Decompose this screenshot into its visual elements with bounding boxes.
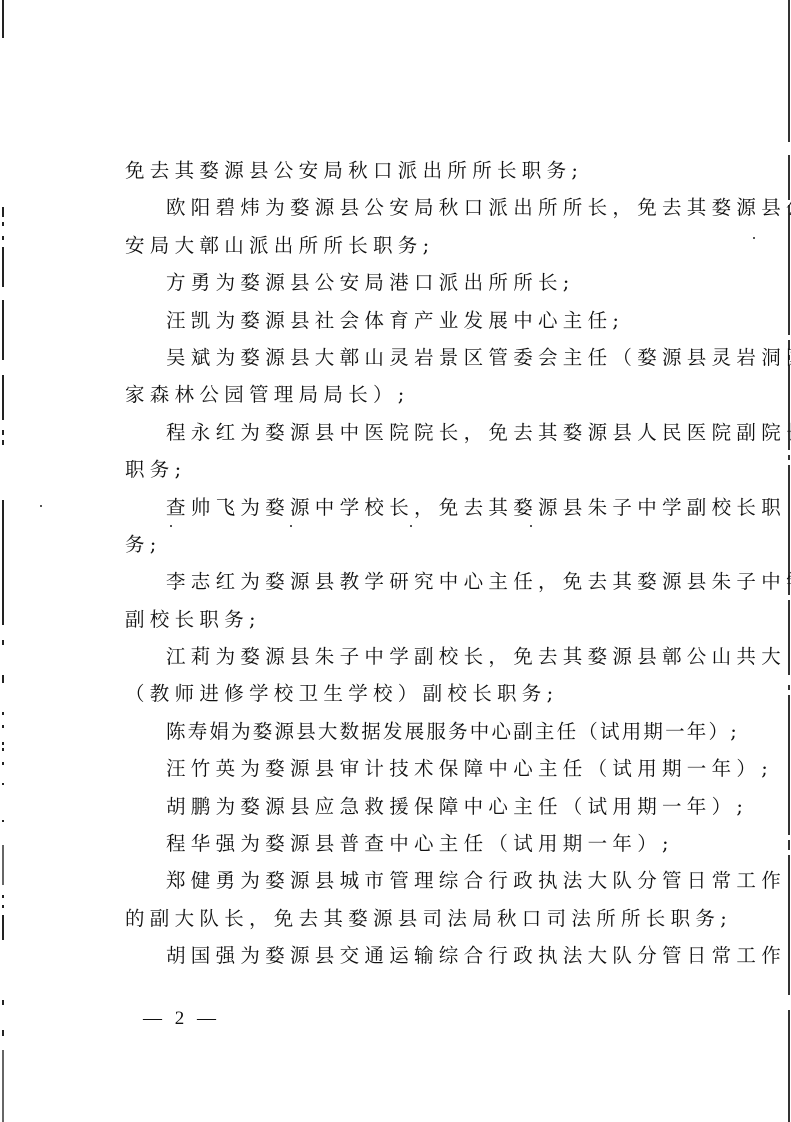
document-page: 免去其婺源县公安局秋口派出所所长职务; 欧阳碧炜为婺源县公安局秋口派出所所长，免… [0, 0, 791, 1122]
document-body: 免去其婺源县公安局秋口派出所所长职务; 欧阳碧炜为婺源县公安局秋口派出所所长，免… [125, 152, 700, 975]
text-line: 陈寿娟为婺源县大数据发展服务中心副主任（试用期一年）; [125, 713, 700, 750]
text-line: 的副大队长，免去其婺源县司法局秋口司法所所长职务; [125, 900, 700, 937]
text-line: 郑健勇为婺源县城市管理综合行政执法大队分管日常工作 [125, 862, 700, 899]
text-line: 胡鹏为婺源县应急救援保障中心主任（试用期一年）; [125, 788, 700, 825]
text-line: 安局大鄣山派出所所长职务; [125, 227, 700, 264]
text-line: 汪凯为婺源县社会体育产业发展中心主任; [125, 302, 700, 339]
text-line: 免去其婺源县公安局秋口派出所所长职务; [125, 152, 700, 189]
text-line: 李志红为婺源县教学研究中心主任，免去其婺源县朱子中学 [125, 563, 700, 600]
page-number: — 2 — [143, 1008, 220, 1030]
text-line: 职务; [125, 451, 700, 488]
scan-speck [40, 505, 42, 507]
text-line: 副校长职务; [125, 601, 700, 638]
text-line: 方勇为婺源县公安局港口派出所所长; [125, 264, 700, 301]
text-line: 胡国强为婺源县交通运输综合行政执法大队分管日常工作 [125, 937, 700, 974]
text-line: 程华强为婺源县普查中心主任（试用期一年）; [125, 825, 700, 862]
scan-edge-left [2, 0, 5, 1122]
scan-speck [753, 237, 755, 239]
text-line: 程永红为婺源县中医院院长，免去其婺源县人民医院副院长 [125, 414, 700, 451]
text-line: 查帅飞为婺源中学校长，免去其婺源县朱子中学副校长职 [125, 489, 700, 526]
text-line: （教师进修学校卫生学校）副校长职务; [125, 675, 700, 712]
text-line: 汪竹英为婺源县审计技术保障中心主任（试用期一年）; [125, 750, 700, 787]
text-line: 家森林公园管理局局长）; [125, 376, 700, 413]
text-line: 江莉为婺源县朱子中学副校长，免去其婺源县鄣公山共大 [125, 638, 700, 675]
text-line: 务; [125, 526, 700, 563]
text-line: 吴斌为婺源县大鄣山灵岩景区管委会主任（婺源县灵岩洞国 [125, 339, 700, 376]
text-line: 欧阳碧炜为婺源县公安局秋口派出所所长，免去其婺源县公 [125, 189, 700, 226]
